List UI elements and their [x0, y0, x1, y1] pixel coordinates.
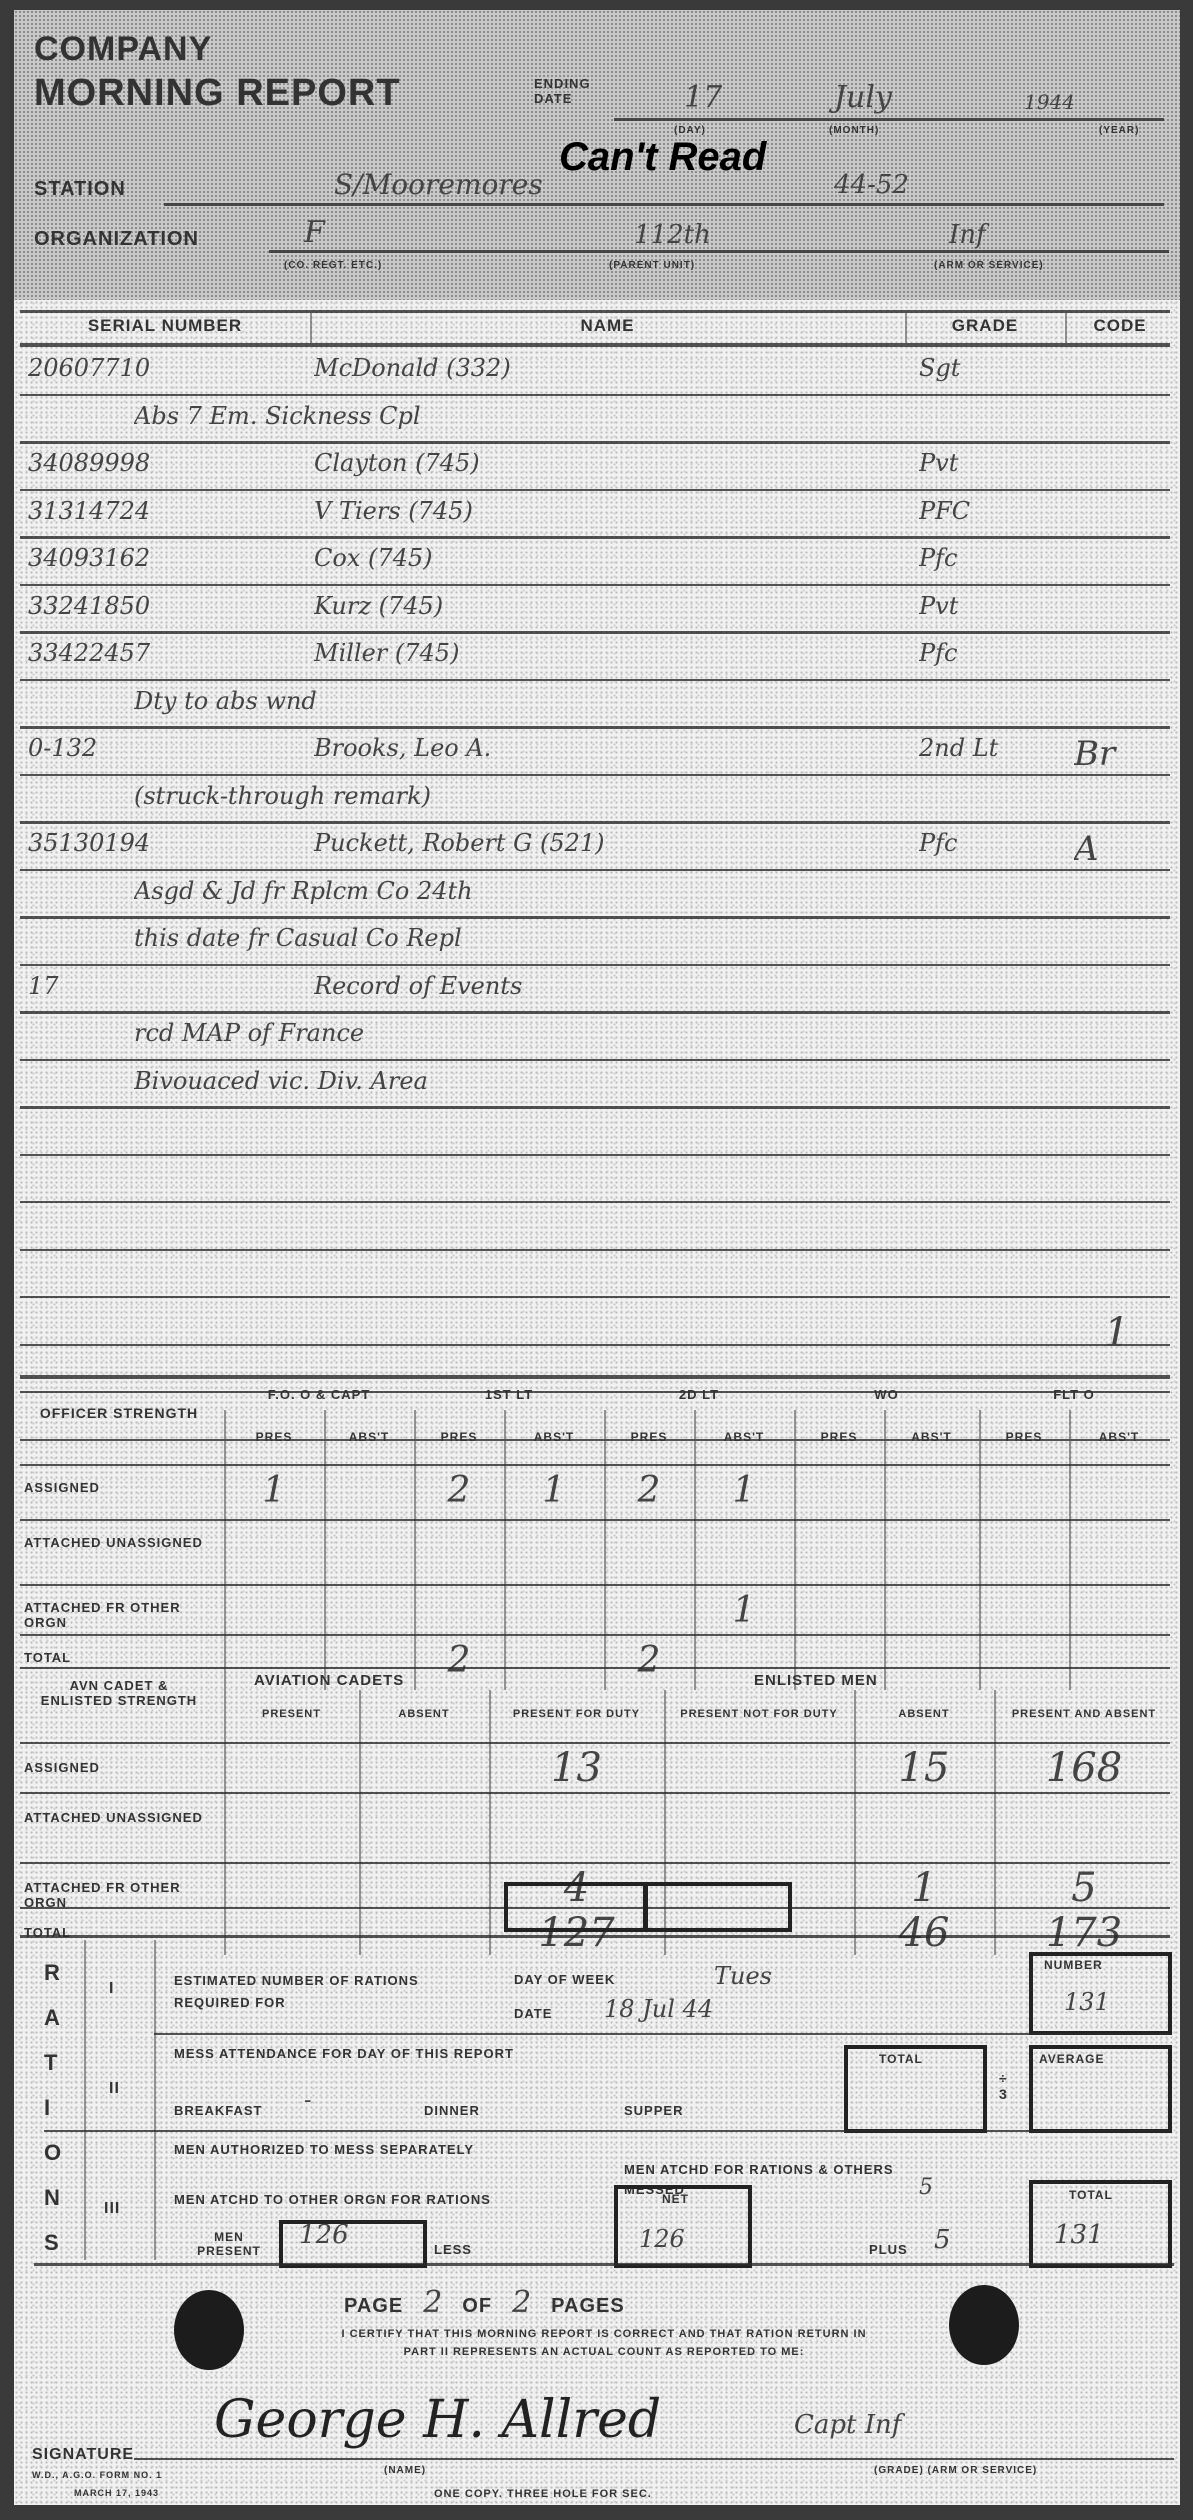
grade-cell: Pvt [919, 449, 1059, 477]
officer-group-header: F.O. O & CAPT [224, 1387, 414, 1402]
rations-side-letter: A [44, 2005, 60, 2031]
section-i: I [109, 1980, 114, 1998]
grade-cell: Pfc [919, 544, 1059, 572]
officer-col-divider [504, 1410, 506, 1690]
rations-total-value: 131 [1054, 2220, 1104, 2250]
officer-col-divider [224, 1410, 226, 1690]
rations-top-rule [20, 1935, 1170, 1938]
net-label: NET [662, 2192, 689, 2206]
form-id: W.D., A.G.O. FORM NO. 1 [32, 2470, 162, 2480]
number-value: 131 [1064, 1988, 1110, 2016]
section-ii-rule [44, 2130, 1170, 2132]
name-cell: Miller (745) [314, 639, 899, 667]
grade-value: Capt Inf [794, 2410, 901, 2440]
serial-number-cell: 33241850 [28, 592, 298, 620]
serial-number-cell: 34089998 [28, 449, 298, 477]
row-rule [20, 964, 1170, 966]
column-divider [310, 310, 312, 346]
name-cell: Kurz (745) [314, 592, 899, 620]
net-value: 126 [639, 2225, 685, 2253]
divide-by-3: ÷ 3 [999, 2070, 1019, 2102]
date-day: 17 [684, 80, 722, 115]
officer-subcol-header: PRES [794, 1430, 884, 1444]
title-company: COMPANY [34, 30, 212, 69]
enlisted-col-header: ABSENT [854, 1708, 994, 1720]
officer-subcol-header: ABS'T [504, 1430, 604, 1444]
station-underline [164, 203, 1164, 206]
officer-col-divider [694, 1410, 696, 1690]
mess-attendance-label: MESS ATTENDANCE FOR DAY OF THIS REPORT [174, 2046, 514, 2061]
rations-total-label: TOTAL [1069, 2188, 1113, 2202]
less-label: LESS [434, 2242, 472, 2257]
mess-total-label: TOTAL [879, 2052, 923, 2066]
page-label: PAGE [344, 2295, 403, 2318]
row-rule [20, 821, 1170, 824]
org-unit-caption: (PARENT UNIT) [609, 260, 695, 271]
name-cell: Abs 7 Em. Sickness Cpl [134, 402, 894, 430]
serial-number-cell: 0-132 [28, 734, 298, 762]
serial-number-cell: 35130194 [28, 829, 298, 857]
number-label: NUMBER [1044, 1958, 1103, 1972]
enlisted-cell: 13 [489, 1745, 664, 1791]
grade-caption: (GRADE) (ARM OR SERVICE) [874, 2465, 1037, 2476]
column-header-grade: GRADE [905, 316, 1065, 336]
name-cell: Cox (745) [314, 544, 899, 572]
enlisted-row-rule [20, 1792, 1170, 1794]
officer-row-label: ASSIGNED [24, 1480, 214, 1495]
officer-subcol-header: PRES [414, 1430, 504, 1444]
page-number: 2 [423, 2285, 442, 2320]
serial-number-cell: 17 [28, 972, 298, 1000]
rations-bottom-rule [34, 2263, 1174, 2266]
name-cell: McDonald (332) [314, 354, 899, 382]
officer-subcol-header: ABS'T [1069, 1430, 1169, 1444]
org-underline [269, 250, 1169, 253]
row-rule [20, 916, 1170, 919]
rations-side-letter: O [44, 2140, 61, 2166]
org-unit: 112th [634, 220, 711, 250]
enlisted-men-header: ENLISTED MEN [754, 1672, 878, 1689]
enlisted-row-label: ATTACHED FR OTHER ORGN [24, 1880, 214, 1910]
officer-row-label: ATTACHED UNASSIGNED [24, 1535, 214, 1550]
enlisted-top-rule [20, 1667, 1170, 1669]
average-label: AVERAGE [1039, 2052, 1104, 2066]
officer-cell: 2 [414, 1640, 504, 1681]
code-cell: A [1074, 829, 1174, 869]
enlisted-col-header: PRESENT NOT FOR DUTY [664, 1708, 854, 1720]
row-rule [20, 394, 1170, 396]
header-rule-bottom [20, 343, 1170, 347]
officer-group-header: 2D LT [604, 1387, 794, 1402]
enlisted-col-header: PRESENT FOR DUTY [489, 1708, 664, 1720]
enlisted-cell: 5 [994, 1865, 1174, 1911]
serial-number-cell: 33422457 [28, 639, 298, 667]
name-cell: (struck-through remark) [134, 782, 894, 810]
enlisted-row-label: ASSIGNED [24, 1760, 214, 1775]
total-present-not-duty-box [644, 1882, 792, 1932]
signature: George H. Allred [214, 2390, 661, 2450]
row-rule [20, 536, 1170, 539]
officer-subcol-header: ABS'T [884, 1430, 979, 1444]
officer-row-rule [20, 1519, 1170, 1521]
officer-col-divider [324, 1410, 326, 1690]
grade-cell: PFC [919, 497, 1059, 525]
form-date: MARCH 17, 1943 [74, 2488, 159, 2498]
enlisted-row-rule [20, 1862, 1170, 1864]
serial-number-cell: 34093162 [28, 544, 298, 572]
plus-label: PLUS [869, 2242, 908, 2257]
officer-top-rule [20, 1375, 1170, 1379]
section-i-rule [154, 2033, 1170, 2035]
morning-report-form: COMPANY MORNING REPORT ENDING DATE 17 Ju… [14, 10, 1180, 2505]
row-rule [20, 774, 1170, 776]
name-cell: Bivouaced vic. Div. Area [134, 1067, 894, 1095]
officer-strength-label: OFFICER STRENGTH [34, 1405, 204, 1421]
punch-hole-right [949, 2285, 1019, 2365]
officer-cell: 1 [694, 1590, 794, 1631]
column-header-name: NAME [310, 316, 905, 336]
column-divider [1065, 310, 1067, 346]
name-cell: Dty to abs wnd [134, 687, 894, 715]
column-header-serial-number: SERIAL NUMBER [20, 316, 310, 336]
name-cell: Asgd & Jd fr Rplcm Co 24th [134, 877, 894, 905]
enlisted-cell: 15 [854, 1745, 994, 1791]
year-caption: (YEAR) [1099, 125, 1139, 136]
total-present-box [504, 1882, 647, 1932]
column-divider [905, 310, 907, 346]
rations-side-letter: T [44, 2050, 57, 2076]
date-underline [614, 118, 1164, 121]
officer-group-header: FLT O [979, 1387, 1169, 1402]
officer-row-rule [20, 1584, 1170, 1586]
enlisted-strength-label: AVN CADET & ENLISTED STRENGTH [34, 1678, 204, 1708]
station-extra: 44-52 [834, 170, 909, 200]
pages-label: PAGES [551, 2295, 625, 2318]
cant-read-annotation: Can't Read [559, 135, 766, 180]
page-count: PAGE 2 OF 2 PAGES [344, 2285, 625, 2320]
supper-label: SUPPER [624, 2103, 683, 2118]
name-cell: Puckett, Robert G (521) [314, 829, 899, 857]
org-arm: Inf [949, 220, 986, 250]
name-cell: this date fr Casual Co Repl [134, 924, 894, 952]
name-cell: rcd MAP of France [134, 1019, 894, 1047]
punch-hole-left [174, 2290, 244, 2370]
officer-col-divider [979, 1410, 981, 1690]
plus-value: 5 [934, 2225, 951, 2255]
serial-number-cell: 20607710 [28, 354, 298, 382]
officer-subcol-header: PRES [979, 1430, 1069, 1444]
officer-row-rule [20, 1464, 1170, 1466]
officer-cell: 2 [414, 1470, 504, 1511]
row-rule [20, 1011, 1170, 1014]
enlisted-col-divider [359, 1690, 361, 1955]
men-present-value: 126 [299, 2220, 349, 2250]
row-rule [20, 726, 1170, 729]
rations-divider-2 [154, 1940, 156, 2260]
officer-cell: 1 [504, 1470, 604, 1511]
men-present-label: MEN PRESENT [184, 2230, 274, 2258]
enlisted-col-header: ABSENT [359, 1708, 489, 1720]
page-total: 2 [512, 2285, 531, 2320]
blank-row-rule [20, 1344, 1170, 1346]
row-rule [20, 489, 1170, 491]
dinner-label: DINNER [424, 2103, 480, 2118]
org-company: F [304, 215, 325, 250]
date-value: 18 Jul 44 [604, 1995, 713, 2023]
enlisted-cell: 1 [854, 1865, 994, 1911]
officer-cell: 2 [604, 1470, 694, 1511]
grade-cell: 2nd Lt [919, 734, 1059, 762]
enlisted-col-header: PRESENT [224, 1708, 359, 1720]
ending-date-label: ENDING DATE [534, 76, 594, 106]
men-authorized-label: MEN AUTHORIZED TO MESS SEPARATELY [174, 2140, 504, 2160]
grade-cell: Pvt [919, 592, 1059, 620]
section-iii: III [104, 2200, 120, 2218]
officer-group-header: 1ST LT [414, 1387, 604, 1402]
blank-row-rule [20, 1154, 1170, 1156]
grade-cell: Pfc [919, 639, 1059, 667]
rations-side-letter: I [44, 2095, 50, 2121]
officer-row-rule [20, 1634, 1170, 1636]
signature-label: SIGNATURE [32, 2446, 134, 2464]
aviation-cadets-header: AVIATION CADETS [254, 1672, 404, 1689]
officer-subcol-header: PRES [224, 1430, 324, 1444]
name-cell: Clayton (745) [314, 449, 899, 477]
rations-side-letter: R [44, 1960, 60, 1986]
title-morning-report: MORNING REPORT [34, 72, 401, 115]
organization-label: ORGANIZATION [34, 228, 199, 251]
row-rule [20, 679, 1170, 681]
officer-subcol-header: ABS'T [694, 1430, 794, 1444]
officer-cell: 1 [224, 1470, 324, 1511]
code-cell: Br [1074, 734, 1174, 774]
signature-line [134, 2458, 1174, 2460]
enlisted-cell: 173 [994, 1910, 1174, 1956]
station-label: STATION [34, 178, 126, 201]
of-label: OF [462, 2295, 492, 2318]
name-caption: (NAME) [384, 2465, 426, 2476]
header-rule-top [20, 310, 1170, 313]
officer-subcol-header: ABS'T [324, 1430, 414, 1444]
officer-group-header: WO [794, 1387, 979, 1402]
date-year: 1944 [1024, 90, 1075, 114]
blank-row-rule [20, 1249, 1170, 1251]
officer-row-label: ATTACHED FR OTHER ORGN [24, 1600, 214, 1630]
officer-col-divider [1069, 1410, 1071, 1690]
row-rule [20, 631, 1170, 634]
rations-divider-1 [84, 1940, 86, 2260]
blank-row-rule [20, 1201, 1170, 1203]
blank-row-rule [20, 1296, 1170, 1298]
enlisted-row-rule [20, 1742, 1170, 1744]
name-cell: V Tiers (745) [314, 497, 899, 525]
grade-cell: Sgt [919, 354, 1059, 382]
margin-mark: 1 [1104, 1310, 1129, 1356]
others-messed-value: 5 [919, 2175, 933, 2200]
officer-col-divider [794, 1410, 796, 1690]
date-label: DATE [514, 2006, 552, 2021]
officer-col-divider [884, 1410, 886, 1690]
officer-cell: 2 [604, 1640, 694, 1681]
name-cell: Record of Events [314, 972, 899, 1000]
enlisted-col-header: PRESENT AND ABSENT [994, 1708, 1174, 1720]
rations-side-letter: S [44, 2230, 59, 2256]
date-month: July [834, 80, 892, 115]
grade-cell: Pfc [919, 829, 1059, 857]
column-header-code: CODE [1065, 316, 1175, 336]
row-rule [20, 441, 1170, 444]
month-caption: (MONTH) [829, 125, 879, 136]
rations-side-letter: N [44, 2185, 60, 2211]
officer-subcol-header: PRES [604, 1430, 694, 1444]
row-rule [20, 1059, 1170, 1061]
officer-cell: 1 [694, 1470, 794, 1511]
station-value: S/Mooremores [334, 168, 543, 201]
name-cell: Brooks, Leo A. [314, 734, 899, 762]
breakfast-value: - [304, 2088, 311, 2113]
estimated-rations-label: ESTIMATED NUMBER OF RATIONS REQUIRED FOR [174, 1970, 464, 2014]
row-rule [20, 584, 1170, 586]
enlisted-row-label: ATTACHED UNASSIGNED [24, 1810, 214, 1825]
enlisted-cell: 168 [994, 1745, 1174, 1791]
section-ii: II [109, 2080, 120, 2098]
row-rule [20, 869, 1170, 871]
org-co-caption: (CO. REGT. ETC.) [284, 260, 382, 271]
day-of-week-label: DAY OF WEEK [514, 1972, 615, 1987]
certification-text: I CERTIFY THAT THIS MORNING REPORT IS CO… [324, 2325, 884, 2361]
officer-row-label: TOTAL [24, 1650, 214, 1665]
breakfast-label: BREAKFAST [174, 2103, 262, 2118]
org-arm-caption: (ARM OR SERVICE) [934, 260, 1044, 271]
men-atchd-other-label: MEN ATCHD TO OTHER ORGN FOR RATIONS [174, 2190, 504, 2210]
day-of-week-value: Tues [714, 1962, 772, 1990]
enlisted-col-divider [224, 1690, 226, 1955]
enlisted-cell: 46 [854, 1910, 994, 1956]
row-rule [20, 1106, 1170, 1109]
serial-number-cell: 31314724 [28, 497, 298, 525]
copies-note: ONE COPY. THREE HOLE FOR SEC. [434, 2488, 652, 2500]
